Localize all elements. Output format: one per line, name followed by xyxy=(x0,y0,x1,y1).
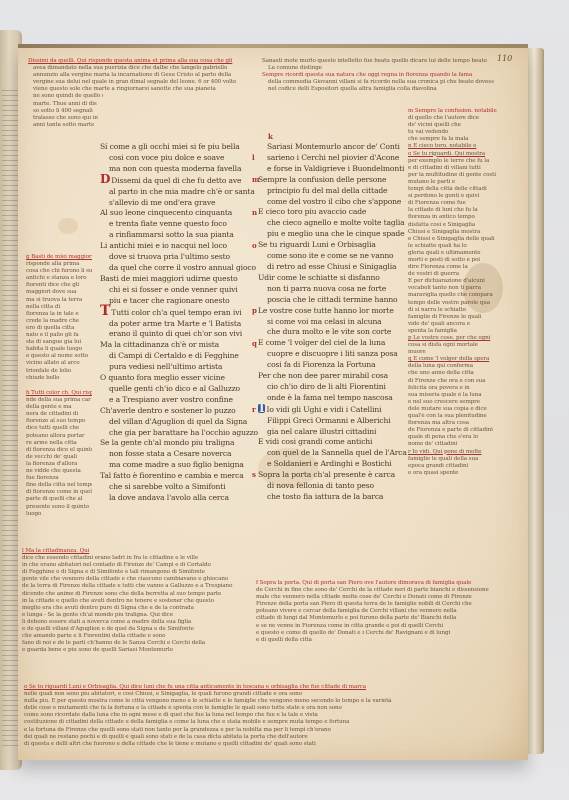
gloss-line: della luna qui conferma xyxy=(408,363,500,370)
gloss-line: o Se tu riguardi. Qui mostra xyxy=(408,151,500,158)
commentary-line: f Sopra la porta. Qui di porta san Piero… xyxy=(256,580,494,587)
gloss-line: dire Fiorenza come la xyxy=(408,264,500,271)
gloss-line: parte di quelli che al xyxy=(26,496,92,503)
commentary-line: poteano vivere e cercar della famiglia d… xyxy=(256,608,494,615)
gloss-line: m Sempre la confusion. notabile xyxy=(408,108,500,115)
gloss-line: p Le vostre cose. per che ogni xyxy=(408,335,500,342)
gloss-line: maraviglia quello che compara xyxy=(408,292,500,299)
verse-line: Le vostre cose tutte hanno lor morte xyxy=(258,306,408,317)
commentary-line: viene questo sole che marte a ringiornar… xyxy=(28,86,248,93)
verse-line: e trenta fiate venne questo foco xyxy=(100,219,250,230)
gloss-line: gloria quali e ultimamente xyxy=(408,250,500,257)
gloss-line: sua miseria quale è la luna xyxy=(408,392,500,399)
gloss-line: la fiorenza d'allora xyxy=(26,461,92,468)
gloss-line: fine della città nel tempo xyxy=(26,482,92,489)
binding-cover-edge xyxy=(528,48,544,754)
verse-line: cuopre e discuopre i liti sanza posa xyxy=(258,349,408,360)
commentary-line: dice che essendo cittadini erano ladri i… xyxy=(22,555,244,562)
verse-line: che gia per barattare ha l'occhio aguzzo xyxy=(100,428,250,439)
commentary-line: in la cittade e quello che avuti dentro … xyxy=(22,598,244,605)
verse-line: come del vostro il cibo che s'appone xyxy=(258,197,408,208)
commentary-line: annunzio alla vergine maria la incarnati… xyxy=(28,72,248,79)
verse-line: da poter arme tra Marte e 'l Batista xyxy=(100,319,250,330)
verse-line: e Soldanieri e Ardinghi e Bostichi xyxy=(258,459,408,470)
gloss-line: E per dichiarazione d'alcuni xyxy=(408,278,500,285)
commentary-line: o Se tu riguardi Luni e Orbisaglia. Qui … xyxy=(24,684,504,691)
gloss-line: mutano le parti e xyxy=(408,179,500,186)
verse-line: che dura molto e le vite son corte xyxy=(258,327,408,338)
gloss-line: fiorenze al suo tempo xyxy=(26,418,92,425)
gloss-line: q E come 'l volger della spera xyxy=(408,356,500,363)
gloss-line: luogo xyxy=(26,511,92,518)
commentary-line: e lunga - Se la gente ch'al mondo piu tr… xyxy=(22,612,244,619)
gloss-line: ne vidde che questa xyxy=(26,468,92,475)
adjacent-page-text xyxy=(2,90,18,750)
verse-line: chi ei si fosser e onde venner quivi xyxy=(100,285,250,296)
rubric-marker-o: o xyxy=(252,241,257,250)
commentary-line: gente vile che vennero della cittade e c… xyxy=(22,576,244,583)
verse-line: Se tu riguardi Luni e Orbisaglia xyxy=(258,240,408,251)
gloss-line: de Fiorenza e parte di cittadini xyxy=(408,427,500,434)
gloss-line: ma si truova la terra xyxy=(26,297,92,304)
gloss-line: nella citta di xyxy=(26,304,92,311)
gloss-line: de' vicini quelli che xyxy=(408,122,500,129)
gloss-line: epoca grandi cittadini xyxy=(408,463,500,470)
gloss-line: famiglie le quali della sua xyxy=(408,456,500,463)
verse-line: a rinfiammarsi sotto la sua pianta xyxy=(100,230,250,241)
verse-line: Tal fatto è fiorentino e cambia e merca xyxy=(100,471,250,482)
gloss-line: le schiatte quali ha lo xyxy=(408,243,500,250)
commentary-line: di questa e delli altri che fuorono e de… xyxy=(24,741,504,748)
gloss-line: e Chiusi e Sinigaglia delle quali xyxy=(408,236,500,243)
commentary-line: della commedia Giovanni villani si fa ri… xyxy=(262,79,494,86)
rubric-marker-p: p xyxy=(252,306,257,315)
gloss-line: habita li quale luogo xyxy=(26,346,92,353)
commentary-line: e la fortuna de Firenze che quelli sono … xyxy=(24,727,504,734)
commentary-line: dicendo che anime di Firenze sono che de… xyxy=(22,591,244,598)
rubric-marker-k: k xyxy=(268,132,273,141)
verse-line: di Campi di Certaldo e di Fegghine xyxy=(100,351,250,362)
verse-line: ma non con questa moderna favella xyxy=(100,164,250,175)
gloss-line: famiglie di Firenze le quali xyxy=(408,314,500,321)
gloss-line: della gente e ma xyxy=(26,404,92,411)
gloss-line: dice tutti quelli che xyxy=(26,425,92,432)
gloss-line: tu vai vedendo xyxy=(408,129,500,136)
verse-line: si come voi ma celasi in alcuna xyxy=(258,317,408,328)
gloss-line: di quello che l'autore dice xyxy=(408,115,500,122)
commentary-line: nel codice delli Espositori quella altra… xyxy=(262,86,494,93)
verse-line: di retro ad esse Chiusi e Sinigaglia xyxy=(258,262,408,273)
gloss-line: fiorenti dice che gli xyxy=(26,282,92,289)
gloss-line: maggiori dove sua xyxy=(26,289,92,296)
gloss-line: di fiorenze come in quella xyxy=(26,489,92,496)
commentary-line: e se ne venne in Fiorenza come in città … xyxy=(256,623,494,630)
gloss-line: la cittade di luni che fu la xyxy=(408,207,500,214)
bottom-commentary: o Se tu riguardi Luni e Orbisaglia. Qui … xyxy=(24,684,504,748)
gloss-line: felicità ora povera e in xyxy=(408,385,500,392)
gloss-line: nome de' cittadini xyxy=(408,441,500,448)
commentary-line: tralasso che sono qui in xyxy=(28,115,103,122)
gloss-line: di fiorenza dice el quinto xyxy=(26,447,92,454)
commentary-line: e di quelli della città xyxy=(256,637,494,644)
verse-line: Ma la cittadinanza ch'è or mista xyxy=(100,340,250,351)
gloss-line: antichi e stanza e loro xyxy=(26,275,92,282)
verse-line: e forse in Valdigrieve i Buondelmonti xyxy=(258,164,408,175)
verse-line: Se la gente ch'al mondo piu traligna xyxy=(100,438,250,449)
gloss-line: che uno anno della citta xyxy=(408,370,500,377)
verse-line: piu e tacer che ragionare onesto xyxy=(100,296,250,307)
verse-line: poscia che le cittadi termine hanno xyxy=(258,295,408,306)
gloss-line: ero di quella citta xyxy=(26,325,92,332)
verse-line: che tosto fia iattura de la barca xyxy=(258,492,408,503)
commentary-line: de Cerchi in fine che sono de' Cerchi de… xyxy=(256,587,494,594)
gloss-line: vide de' quali ancora e xyxy=(408,321,500,328)
commentary-line: marte. Thue anni di dis xyxy=(28,101,103,108)
verse-line: con quel de la Sannella quel de l'Arca xyxy=(258,448,408,459)
rubric-marker-s: s xyxy=(252,470,256,479)
verse-line: che si sarebbe volto a Simifonti xyxy=(100,482,250,493)
verse-line: O quanto fora meglio esser vicine xyxy=(100,373,250,384)
commentary-line: dei quali ne restano pochi e di quelli e… xyxy=(24,734,504,741)
gloss-line: nde della sua prima car xyxy=(26,397,92,404)
gloss-line: nera de cittadini di xyxy=(26,411,92,418)
gloss-line: de vecchi de' quali xyxy=(26,454,92,461)
commentary-line: Sempre ricordi questa sua natura che ogg… xyxy=(262,72,494,79)
gloss-line: che sempre fa la mala xyxy=(408,136,500,143)
gloss-line: n E cieco toro. notabile e xyxy=(408,143,500,150)
verse-line: Sí come a gli occhi miei si fe piu bella xyxy=(100,142,250,153)
commentary-line: so sotto li 400 segnali xyxy=(28,108,103,115)
verse-line: Udir come le schiatte si disfanno xyxy=(258,273,408,284)
verse-line: TTutti color ch'a quel tempo eran ivi xyxy=(100,307,250,319)
gloss-line: fiorenza la in tale e xyxy=(26,311,92,318)
gloss-line: fue fiorenza xyxy=(26,475,92,482)
commentary-line: Dissimi da quelli. Qui risponde questa a… xyxy=(28,58,248,65)
mid-commentary-left: l Ma la cittadinanza. Qui dice che essen… xyxy=(22,548,244,654)
verse-line: Basti de miei maggiori udirne questo xyxy=(100,274,250,285)
gloss-line: poteano allora portar xyxy=(26,433,92,440)
verse-line: dove si truova pria l'ultimo sesto xyxy=(100,252,250,263)
commentary-line: in che erano abitatori nel contado di Fi… xyxy=(22,562,244,569)
top-commentary-left: Dissimi da quelli. Qui risponde questa a… xyxy=(28,58,248,129)
gloss-line: trionfale de lolio xyxy=(26,368,92,375)
verse-line-text: Tutti color ch'a quel tempo eran ivi xyxy=(111,308,241,317)
verse-line: onde è la fama nel tempo nascosa xyxy=(258,393,408,404)
commentary-line: come sono ricordate dalla luna che in og… xyxy=(24,712,504,719)
gloss-line: muore xyxy=(408,349,500,356)
rubric-marker-l: l xyxy=(252,153,255,162)
verse-line: non ti parra nuova cosa ne forte xyxy=(258,284,408,295)
verse-line: E cieco toro piu avaccio cade xyxy=(258,207,408,218)
verse-line: che cieco agnello e molte volte taglia xyxy=(258,218,408,229)
commentary-line: male che vennero nella cittade molte cos… xyxy=(256,594,494,601)
commentary-line: Firenze della porta san Piero di questa … xyxy=(256,601,494,608)
rubric-marker-m: m xyxy=(252,175,259,184)
commentary-line: Sanasti mote murlo questo intelletto fue… xyxy=(262,58,494,65)
verse-line: di nova fellonia di tanto peso xyxy=(258,481,408,492)
gloss-line: vocaboli tanto non ti parra xyxy=(408,285,500,292)
left-gloss-1: g Basti de miei maggiori. Qui risponde a… xyxy=(26,254,92,382)
commentary-line: di Fegghine e di Signa e di Simifonte e … xyxy=(22,569,244,576)
rubric-marker-r: r xyxy=(252,405,256,414)
commentary-line: e guarda bene e piu sono de quelli Saria… xyxy=(22,647,244,654)
gloss-line: crede la madre che xyxy=(26,318,92,325)
gloss-line: fiorenza in antico tempo xyxy=(408,214,500,221)
gloss-line: h Tutti color ch. Qui rispo xyxy=(26,390,92,397)
verse-line: Sopra la porta ch'al presente è carca xyxy=(258,470,408,481)
verse-line: pura vediesi nell'ultimo artista xyxy=(100,362,250,373)
verse-line: Filippi Greci Ormanni e Alberichi xyxy=(258,416,408,427)
verse-line: IIo vidi gli Ughi e vidi i Catellini xyxy=(258,404,408,416)
verse-line: Per che non dee parer mirabil cosa xyxy=(258,371,408,382)
commentary-line: delle cose e mutamenti che fa la fortuna… xyxy=(24,705,504,712)
commentary-line: nelle quali non sono piu abitatori, e co… xyxy=(24,691,504,698)
verse-line: Sempre la confusion delle persone xyxy=(258,175,408,186)
commentary-line: de la terra di Firenze della cittade e t… xyxy=(22,583,244,590)
verse-line: cosi con voce piu dolce e soave xyxy=(100,153,250,164)
gloss-line: tempo delle vostre parole qua xyxy=(408,300,500,307)
gloss-line: per la multitudine di gente costi xyxy=(408,172,500,179)
gloss-line: si perdono le genti e quivi xyxy=(408,193,500,200)
verse-line: la dove andava l'avolo alla cerca xyxy=(100,493,250,504)
verse-line: e a Trespiano aver vostro confine xyxy=(100,395,250,406)
gloss-line: morti e posti di sotto e poi xyxy=(408,257,500,264)
verse-line: piu e meglio una che le cinque spade xyxy=(258,229,408,240)
top-commentary-right: Sanasti mote murlo questo intelletto fue… xyxy=(262,58,494,93)
gloss-line: cosa si disfa ogni mortale xyxy=(408,342,500,349)
gloss-line: re arme nella citta xyxy=(26,440,92,447)
gloss-line: risponde alla prima xyxy=(26,261,92,268)
gloss-line: e nel suo crescere sempre xyxy=(408,399,500,406)
gloss-line: di si narra le schiatte xyxy=(408,307,500,314)
verse-line: Ch'averle dentro e sostener lo puzzo xyxy=(100,406,250,417)
gloss-line: e questo al nome sotto xyxy=(26,353,92,360)
verse-line: s'allevio di me ond'era grave xyxy=(100,198,250,209)
verse-line: non fosse stata a Cesare noverca xyxy=(100,449,250,460)
gloss-line: nato e il palio gli fa xyxy=(26,332,92,339)
commentary-line: l Ma la cittadinanza. Qui xyxy=(22,548,244,555)
verse-column-left: Sí come a gli occhi miei si fe piu bella… xyxy=(100,142,250,504)
verse-line: DDissemi da quel di che fu detto ave xyxy=(100,175,250,187)
verse-line: cosi fa di Fiorenza la Fortuna xyxy=(258,360,408,371)
commentary-line: che amando parte e li Fiorentini della c… xyxy=(22,633,244,640)
commentary-line: ne sono quindi de quello che xyxy=(28,93,103,100)
commentary-line: avea dimandato nella sua puerizia dice c… xyxy=(28,65,248,72)
commentary-line: costituzione di cittadini della cittade … xyxy=(24,719,504,726)
gloss-line: disfatta cosi e Sinigaglia xyxy=(408,222,500,229)
verse-line: come sono ite e come se ne vanno xyxy=(258,251,408,262)
verse-line: ma come madre a suo figlio benigna xyxy=(100,460,250,471)
commentary-line: cittade di lungi dal Montemurlo e poi fu… xyxy=(256,615,494,622)
gloss-line: per exemplo le terre che fu la xyxy=(408,158,500,165)
gloss-line: qual'è con la sua plenitudine xyxy=(408,413,500,420)
left-gloss-2: h Tutti color ch. Qui rispo nde della su… xyxy=(26,390,92,518)
gloss-line: di Fiorenza come fue xyxy=(408,200,500,207)
gloss-line: e ora quasi spente xyxy=(408,470,500,477)
commentary-line: anni tanta sotto marte xyxy=(28,122,103,129)
verse-line: sarieno i Cerchi nel piovier d'Acone xyxy=(258,153,408,164)
mid-commentary-right: f Sopra la porta. Qui di porta san Piero… xyxy=(256,580,494,644)
verse-column-right: Sariasi Montemurlo ancor de' Conti sarie… xyxy=(258,142,408,503)
commentary-line: La comune distinge xyxy=(262,65,494,72)
verse-line: gia nel calare illustri cittadini xyxy=(258,427,408,438)
commentary-line: vergine sua delui nel quale in gran dima… xyxy=(28,79,248,86)
commentary-line: nulla piu. E per questo mostra come le c… xyxy=(24,698,504,705)
gloss-line: e di cittadini di villani tutti xyxy=(408,165,500,172)
verse-line-text: Io vidi gli Ughi e vidi i Catellini xyxy=(266,405,381,414)
gloss-line: cosa che chi furono li suoi xyxy=(26,268,92,275)
gloss-line: quale di pena che s'era lo xyxy=(408,434,500,441)
gloss-line: vicino allato al arco xyxy=(26,360,92,367)
gloss-line: dele mutare sua copia e dice xyxy=(408,406,500,413)
verse-line: quelle genti ch'io dico e al Galluzzo xyxy=(100,384,250,395)
verse-line: E vidi cosi grandi come antichi xyxy=(258,437,408,448)
red-initial-t: T xyxy=(100,307,110,316)
commentary-line: e de quelli villani d'Aguglion e de quel… xyxy=(22,626,244,633)
gloss-line: sta di sangue gia lui xyxy=(26,339,92,346)
gloss-line: g Basti de miei maggiori. Qui xyxy=(26,254,92,261)
rubric-marker-q: q xyxy=(252,339,257,348)
verse-line: cio ch'io diro de li alti Fiorentini xyxy=(258,382,408,393)
red-initial-d: D xyxy=(100,175,110,184)
verse-line: principio fu del mal della cittade xyxy=(258,186,408,197)
verse-line: erano il quinto di quei ch'or son vivi xyxy=(100,329,250,340)
gloss-line: de vostri di guerra xyxy=(408,271,500,278)
gloss-line: spenta la famiglia xyxy=(408,328,500,335)
verse-line: Li antichi miei e io nacqui nel loco xyxy=(100,241,250,252)
folio-number: 110 xyxy=(497,54,512,63)
verse-line: Al suo leone cinquecento cinquanta xyxy=(100,208,250,219)
gloss-line: Chiusi e Sinigaglia mostra xyxy=(408,229,500,236)
commentary-line: li debono essere stati a noverca come a … xyxy=(22,619,244,626)
gloss-line: presente sono il quinto xyxy=(26,504,92,511)
verse-line: al parto in che mia madre ch'è or santa xyxy=(100,187,250,198)
gloss-line: r Io vidi. Qui pone di molte xyxy=(408,449,500,456)
commentary-line: fano di noi e de le parti ch'hanno de le… xyxy=(22,640,244,647)
commentary-line: meglio era che avuti dentro pure di Sign… xyxy=(22,605,244,612)
right-gloss: m Sempre la confusion. notabile di quell… xyxy=(408,108,500,477)
verse-line: Sariasi Montemurlo ancor de' Conti xyxy=(258,142,408,153)
commentary-line: e questo e come di quello de' Donati e i… xyxy=(256,630,494,637)
verse-line: del villan d'Aguglion di quel da Signa xyxy=(100,417,250,428)
gloss-line: chiude bello xyxy=(26,375,92,382)
gloss-line: di Firenze che ora e con sua xyxy=(408,378,500,385)
verse-line: E come 'l volger del ciel de la luna xyxy=(258,338,408,349)
blue-initial-i: I xyxy=(258,404,265,413)
rubric-marker-n: n xyxy=(252,208,257,217)
gloss-line: fiorenza ma altra cosa xyxy=(408,420,500,427)
gloss-line: tempi della città delle cittadi xyxy=(408,186,500,193)
parchment-stain xyxy=(58,218,78,234)
verse-line: da quel che corre il vostro annual gioco xyxy=(100,263,250,274)
verse-line-text: Dissemi da quel di che fu detto ave xyxy=(111,176,241,185)
